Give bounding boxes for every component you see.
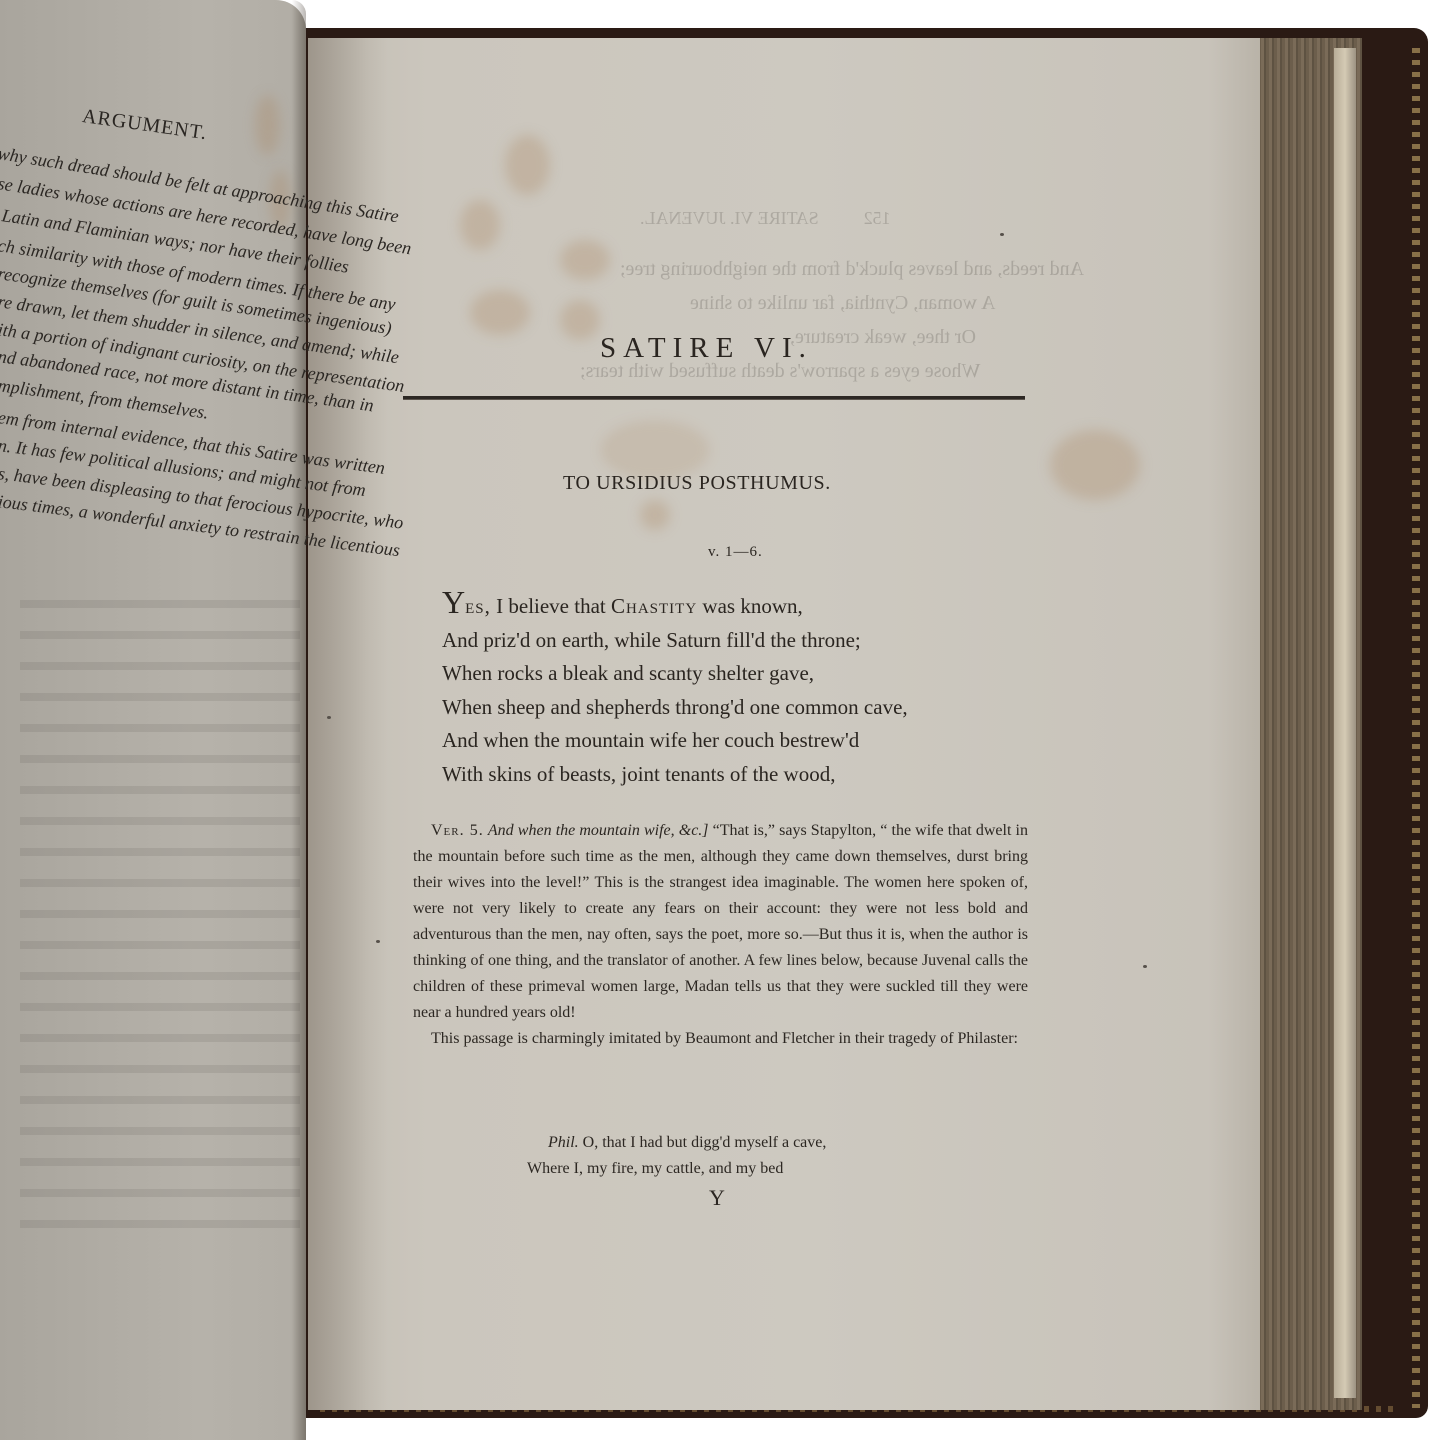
show-through-line: Or thee, weak creature, xyxy=(790,326,976,349)
quote-text: O, that I had but digg'd myself a cave, xyxy=(579,1134,827,1151)
foxing-stain xyxy=(255,95,280,155)
note-paragraph: Ver. 5. And when the mountain wife, &c.]… xyxy=(413,818,1028,1026)
pencil-mark xyxy=(1143,965,1147,968)
small-caps-text: es, xyxy=(465,594,491,618)
footnotes: Ver. 5. And when the mountain wife, &c.]… xyxy=(413,818,1028,1052)
foxing-stain xyxy=(600,420,710,480)
poem-line: Yes, I believe that Chastity was known, xyxy=(442,586,908,624)
quote-line: Where I, my fire, my cattle, and my bed xyxy=(527,1160,783,1178)
dedication-heading: TO URSIDIUS POSTHUMUS. xyxy=(563,472,831,495)
note-paragraph: This passage is charmingly imitated by B… xyxy=(413,1026,1028,1052)
poem-verse: Yes, I believe that Chastity was known, … xyxy=(442,586,908,791)
pencil-mark xyxy=(1000,233,1004,236)
pencil-mark xyxy=(327,716,331,719)
title-rule xyxy=(403,396,1025,400)
page-title: SATIRE VI. xyxy=(600,332,813,365)
foxing-stain xyxy=(560,240,610,280)
note-text: “That is,” says Stapylton, “ the wife th… xyxy=(413,822,1028,1021)
gilt-tooling xyxy=(1412,48,1420,1408)
note-verse-label: Ver. 5. xyxy=(431,822,484,839)
foxing-stain xyxy=(640,500,670,530)
page-edge-highlight xyxy=(1334,48,1356,1398)
poem-line: When rocks a bleak and scanty shelter ga… xyxy=(442,657,908,691)
pencil-mark xyxy=(376,940,380,943)
note-citation: And when the mountain wife, &c.] xyxy=(488,822,709,839)
show-through-left xyxy=(20,600,300,1240)
show-through-running-head-text: SATIRE VI. JUVENAL. xyxy=(640,208,819,228)
quote-speaker: Phil. xyxy=(548,1134,579,1151)
poem-text: I believe that xyxy=(491,594,611,618)
signature-mark: Y xyxy=(709,1185,725,1211)
show-through-running-head: 152 SATIRE VI. JUVENAL. xyxy=(640,208,891,229)
poem-line: And when the mountain wife her couch bes… xyxy=(442,724,908,758)
poem-text: was known, xyxy=(697,594,803,618)
foxing-stain xyxy=(470,290,530,335)
emphasis-chastity: Chastity xyxy=(611,594,697,618)
poem-line: With skins of beasts, joint tenants of t… xyxy=(442,758,908,792)
show-through-page-number: 152 xyxy=(864,208,891,228)
foxing-stain xyxy=(1050,430,1140,500)
foxing-stain xyxy=(560,300,600,340)
drop-cap: Y xyxy=(442,584,465,620)
show-through-line: A woman, Cynthia, far unlike to shine xyxy=(690,292,996,315)
poem-line: When sheep and shepherds throng'd one co… xyxy=(442,691,908,725)
quote-line: Phil. O, that I had but digg'd myself a … xyxy=(548,1134,826,1152)
poem-line: And priz'd on earth, while Saturn fill'd… xyxy=(442,624,908,658)
foxing-stain xyxy=(505,135,550,195)
foxing-stain xyxy=(460,200,500,250)
verse-range: v. 1—6. xyxy=(708,544,763,561)
show-through-line: And reeds, and leaves pluck'd from the n… xyxy=(620,258,1084,281)
